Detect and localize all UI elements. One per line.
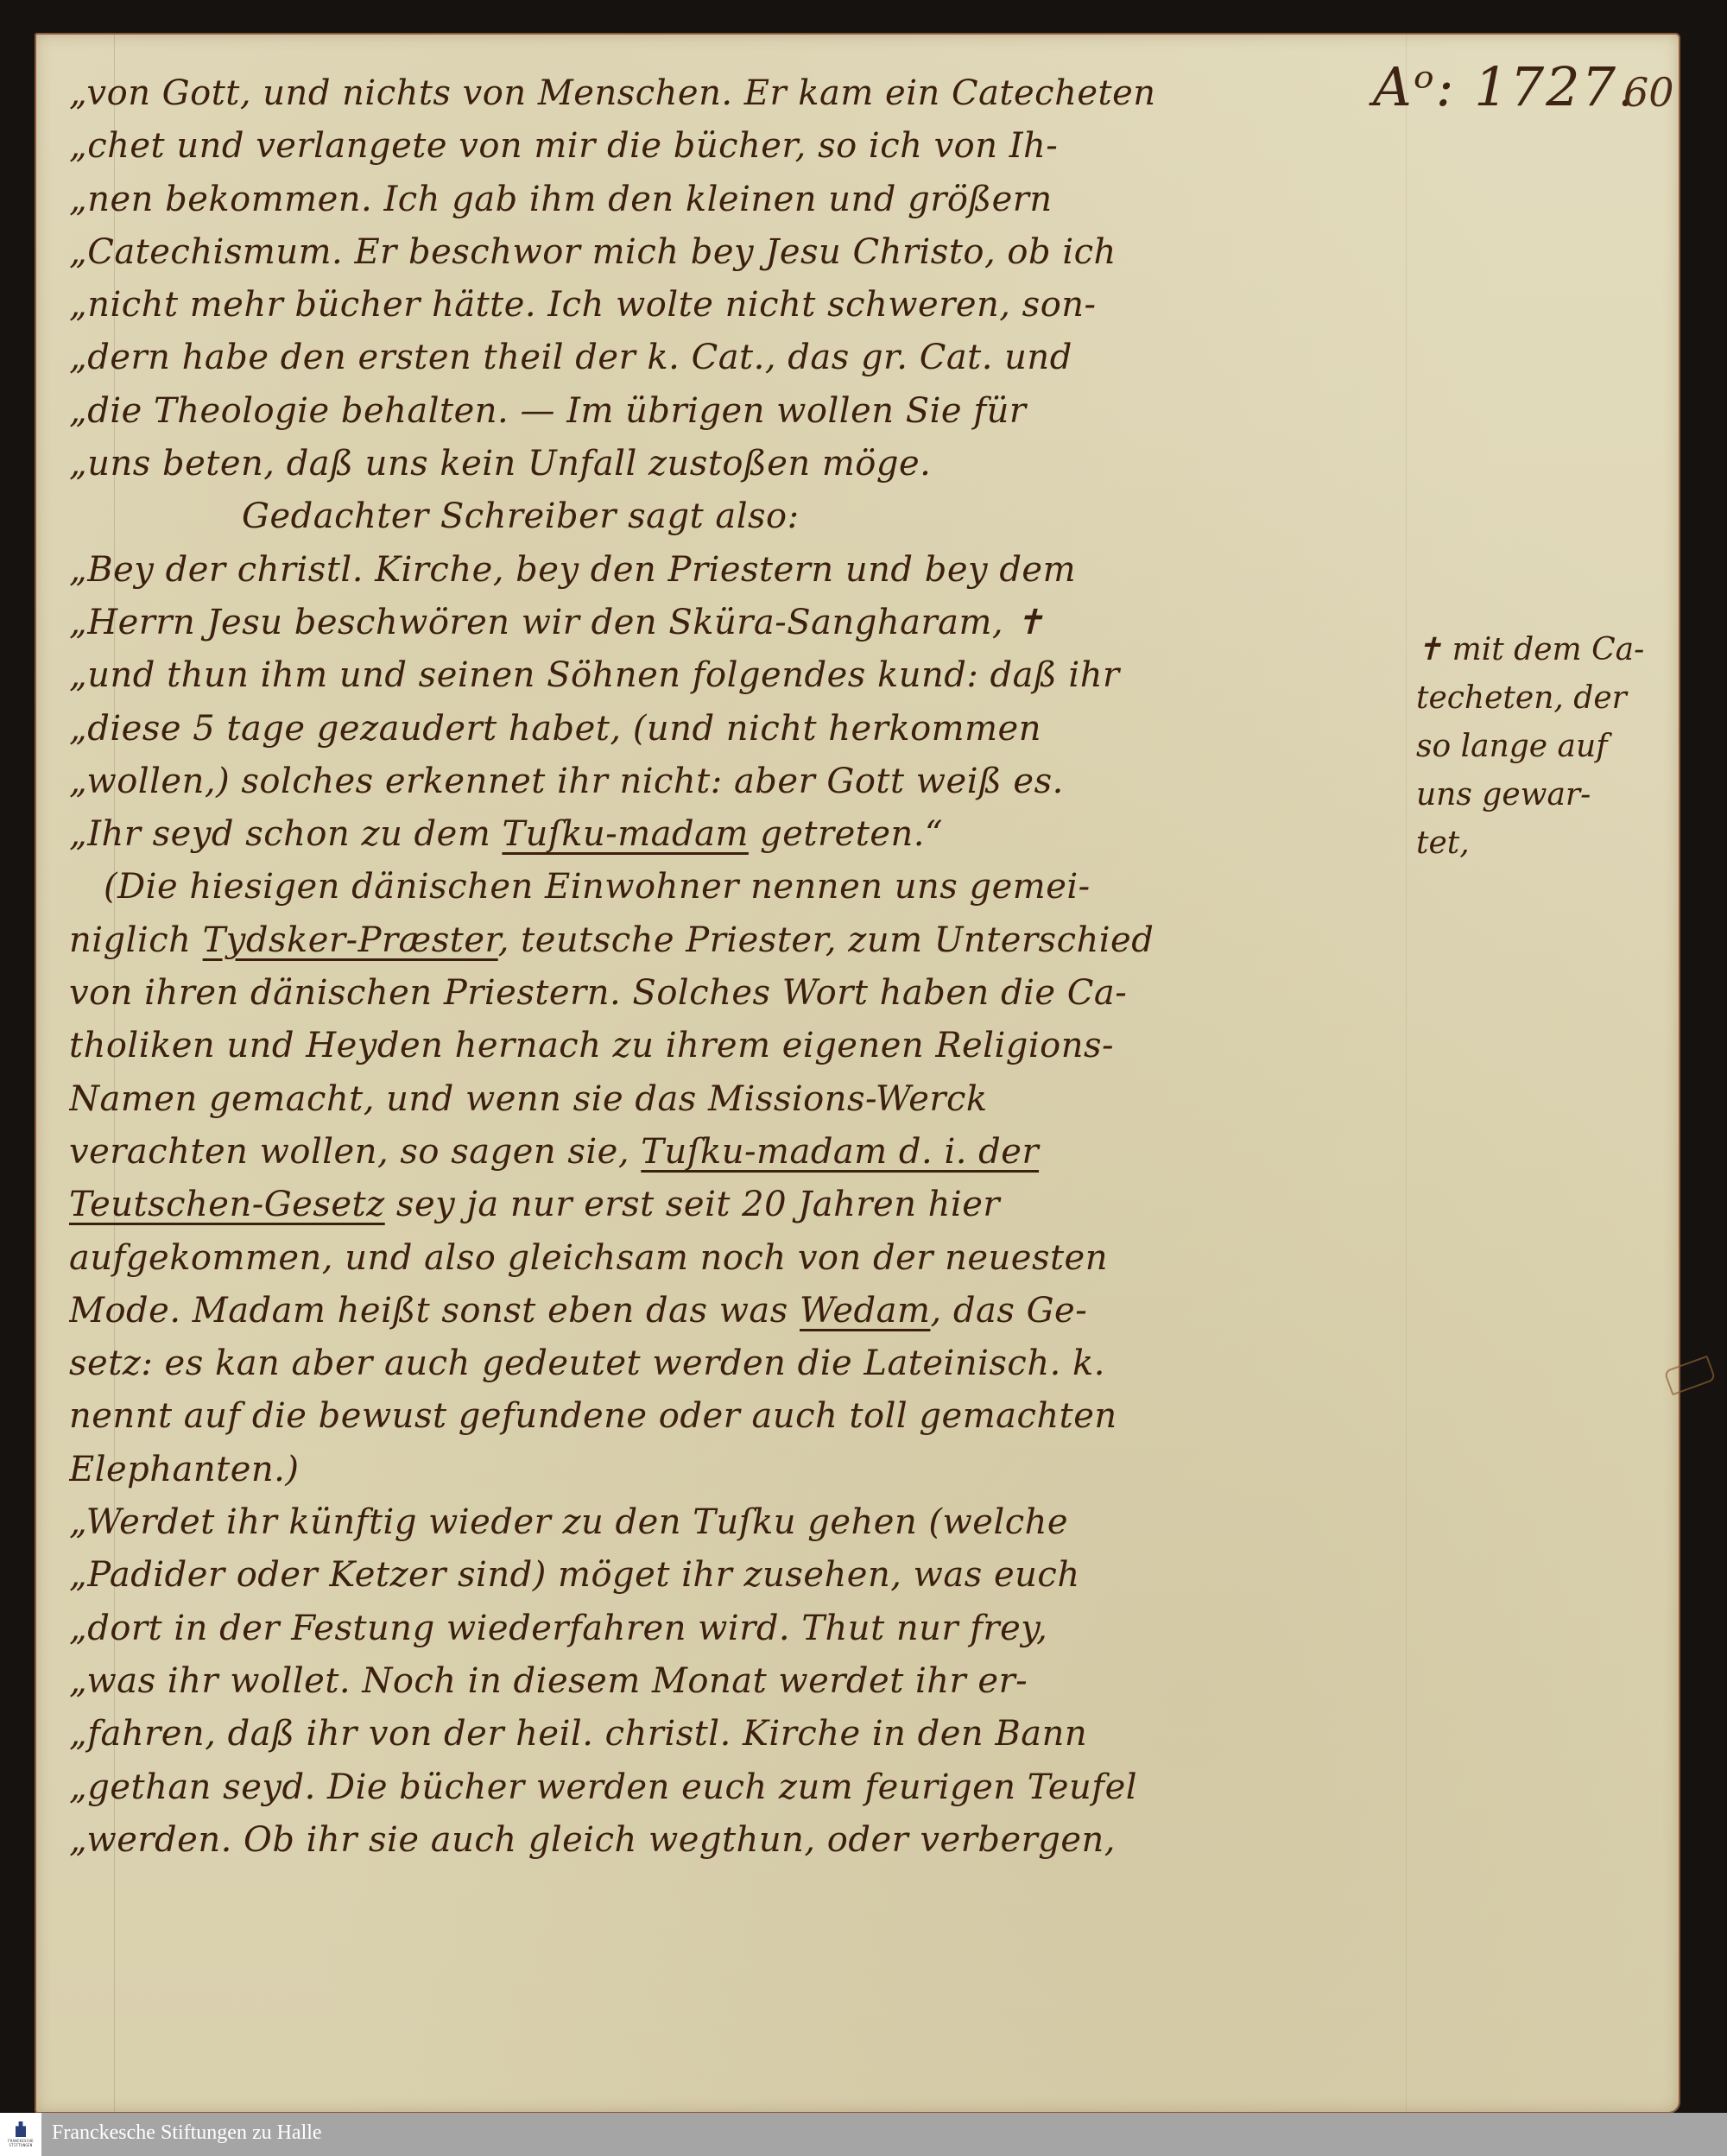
orphanage-building-icon — [16, 2121, 26, 2137]
manuscript-line: „nen bekommen. Ich gab ihm den kleinen u… — [69, 174, 1416, 226]
manuscript-line: aufgekommen, und also gleichsam noch von… — [69, 1232, 1416, 1285]
margin-note-line: so lange auf — [1416, 723, 1675, 771]
manuscript-line: „dort in der Festung wiederfahren wird. … — [69, 1603, 1416, 1655]
manuscript-line: „uns beten, daß uns kein Unfall zustoßen… — [69, 438, 1416, 490]
manuscript-line: „Catechismum. Er beschwor mich bey Jesu … — [69, 226, 1416, 279]
margin-note-line: techeten, der — [1416, 674, 1675, 723]
manuscript-line: verachten wollen, so sagen sie, Tuſku-ma… — [69, 1126, 1416, 1179]
manuscript-line: „wollen,) solches erkennet ihr nicht: ab… — [69, 756, 1416, 808]
manuscript-line: „dern habe den ersten theil der k. Cat.,… — [69, 332, 1416, 384]
manuscript-line: „werden. Ob ihr sie auch gleich wegthun,… — [69, 1814, 1416, 1867]
manuscript-line: „Herrn Jesu beschwören wir den Sküra-San… — [69, 597, 1416, 649]
manuscript-line: nennt auf die bewust gefundene oder auch… — [69, 1390, 1416, 1443]
manuscript-line: „Bey der christl. Kirche, bey den Priest… — [69, 544, 1416, 597]
margin-note-line: uns gewar- — [1416, 771, 1675, 819]
manuscript-text: „von Gott, und nichts von Menschen. Er k… — [69, 67, 1416, 1867]
manuscript-line: „nicht mehr bücher hätte. Ich wolte nich… — [69, 279, 1416, 332]
margin-note-line: ✝ mit dem Ca- — [1416, 626, 1675, 674]
footer-bar: FRANCKESCHE STIFTUNGEN Franckesche Stift… — [0, 2113, 1727, 2156]
paper-tear-mark — [1663, 1356, 1716, 1396]
manuscript-line: Elephanten.) — [69, 1444, 1416, 1496]
manuscript-line: „diese 5 tage gezaudert habet, (und nich… — [69, 703, 1416, 756]
manuscript-line: Teutschen-Gesetz sey ja nur erst seit 20… — [69, 1179, 1416, 1231]
manuscript-line: (Die hiesigen dänischen Einwohner nennen… — [69, 861, 1416, 914]
manuscript-line: Namen gemacht, und wenn sie das Missions… — [69, 1073, 1416, 1126]
manuscript-line: setz: es kan aber auch gedeutet werden d… — [69, 1337, 1416, 1390]
manuscript-line: „chet und verlangete von mir die bücher,… — [69, 120, 1416, 173]
underlined-term: Tydsker-Præster — [203, 920, 498, 960]
manuscript-line: von ihren dänischen Priestern. Solches W… — [69, 967, 1416, 1020]
underlined-term: Tuſku-madam d. i. der — [641, 1132, 1039, 1172]
manuscript-line: Mode. Madam heißt sonst eben das was Wed… — [69, 1285, 1416, 1337]
underlined-term: Wedam — [800, 1291, 930, 1331]
manuscript-line: tholiken und Heyden hernach zu ihrem eig… — [69, 1020, 1416, 1072]
manuscript-line: „Padider oder Ketzer sind) möget ihr zus… — [69, 1549, 1416, 1602]
manuscript-line: „und thun ihm und seinen Söhnen folgende… — [69, 649, 1416, 702]
manuscript-line: Gedachter Schreiber sagt also: — [69, 490, 1416, 543]
manuscript-line: „die Theologie behalten. — Im übrigen wo… — [69, 385, 1416, 438]
manuscript-line: „fahren, daß ihr von der heil. christl. … — [69, 1708, 1416, 1761]
footer-title: Franckesche Stiftungen zu Halle — [52, 2121, 322, 2145]
margin-note: ✝ mit dem Ca-techeten, derso lange aufun… — [1416, 626, 1675, 868]
manuscript-scan: Aᵒ: 1727. 60 „von Gott, und nichts von M… — [0, 0, 1727, 2113]
manuscript-line: „gethan seyd. Die bücher werden euch zum… — [69, 1761, 1416, 1814]
manuscript-line: „was ihr wollet. Noch in diesem Monat we… — [69, 1655, 1416, 1708]
institution-logo[interactable]: FRANCKESCHE STIFTUNGEN — [0, 2113, 41, 2156]
underlined-term: Teutschen-Gesetz — [69, 1185, 385, 1224]
manuscript-line: „Ihr seyd schon zu dem Tuſku-madam getre… — [69, 808, 1416, 861]
logo-text-line2: STIFTUNGEN — [9, 2143, 32, 2147]
folio-number: 60 — [1623, 69, 1674, 116]
manuscript-line: „Werdet ihr künftig wieder zu den Tuſku … — [69, 1496, 1416, 1549]
margin-note-line: tet, — [1416, 819, 1675, 868]
manuscript-line: „von Gott, und nichts von Menschen. Er k… — [69, 67, 1416, 120]
underlined-term: Tuſku-madam — [502, 814, 748, 854]
manuscript-line: niglich Tydsker-Præster, teutsche Priest… — [69, 914, 1416, 967]
